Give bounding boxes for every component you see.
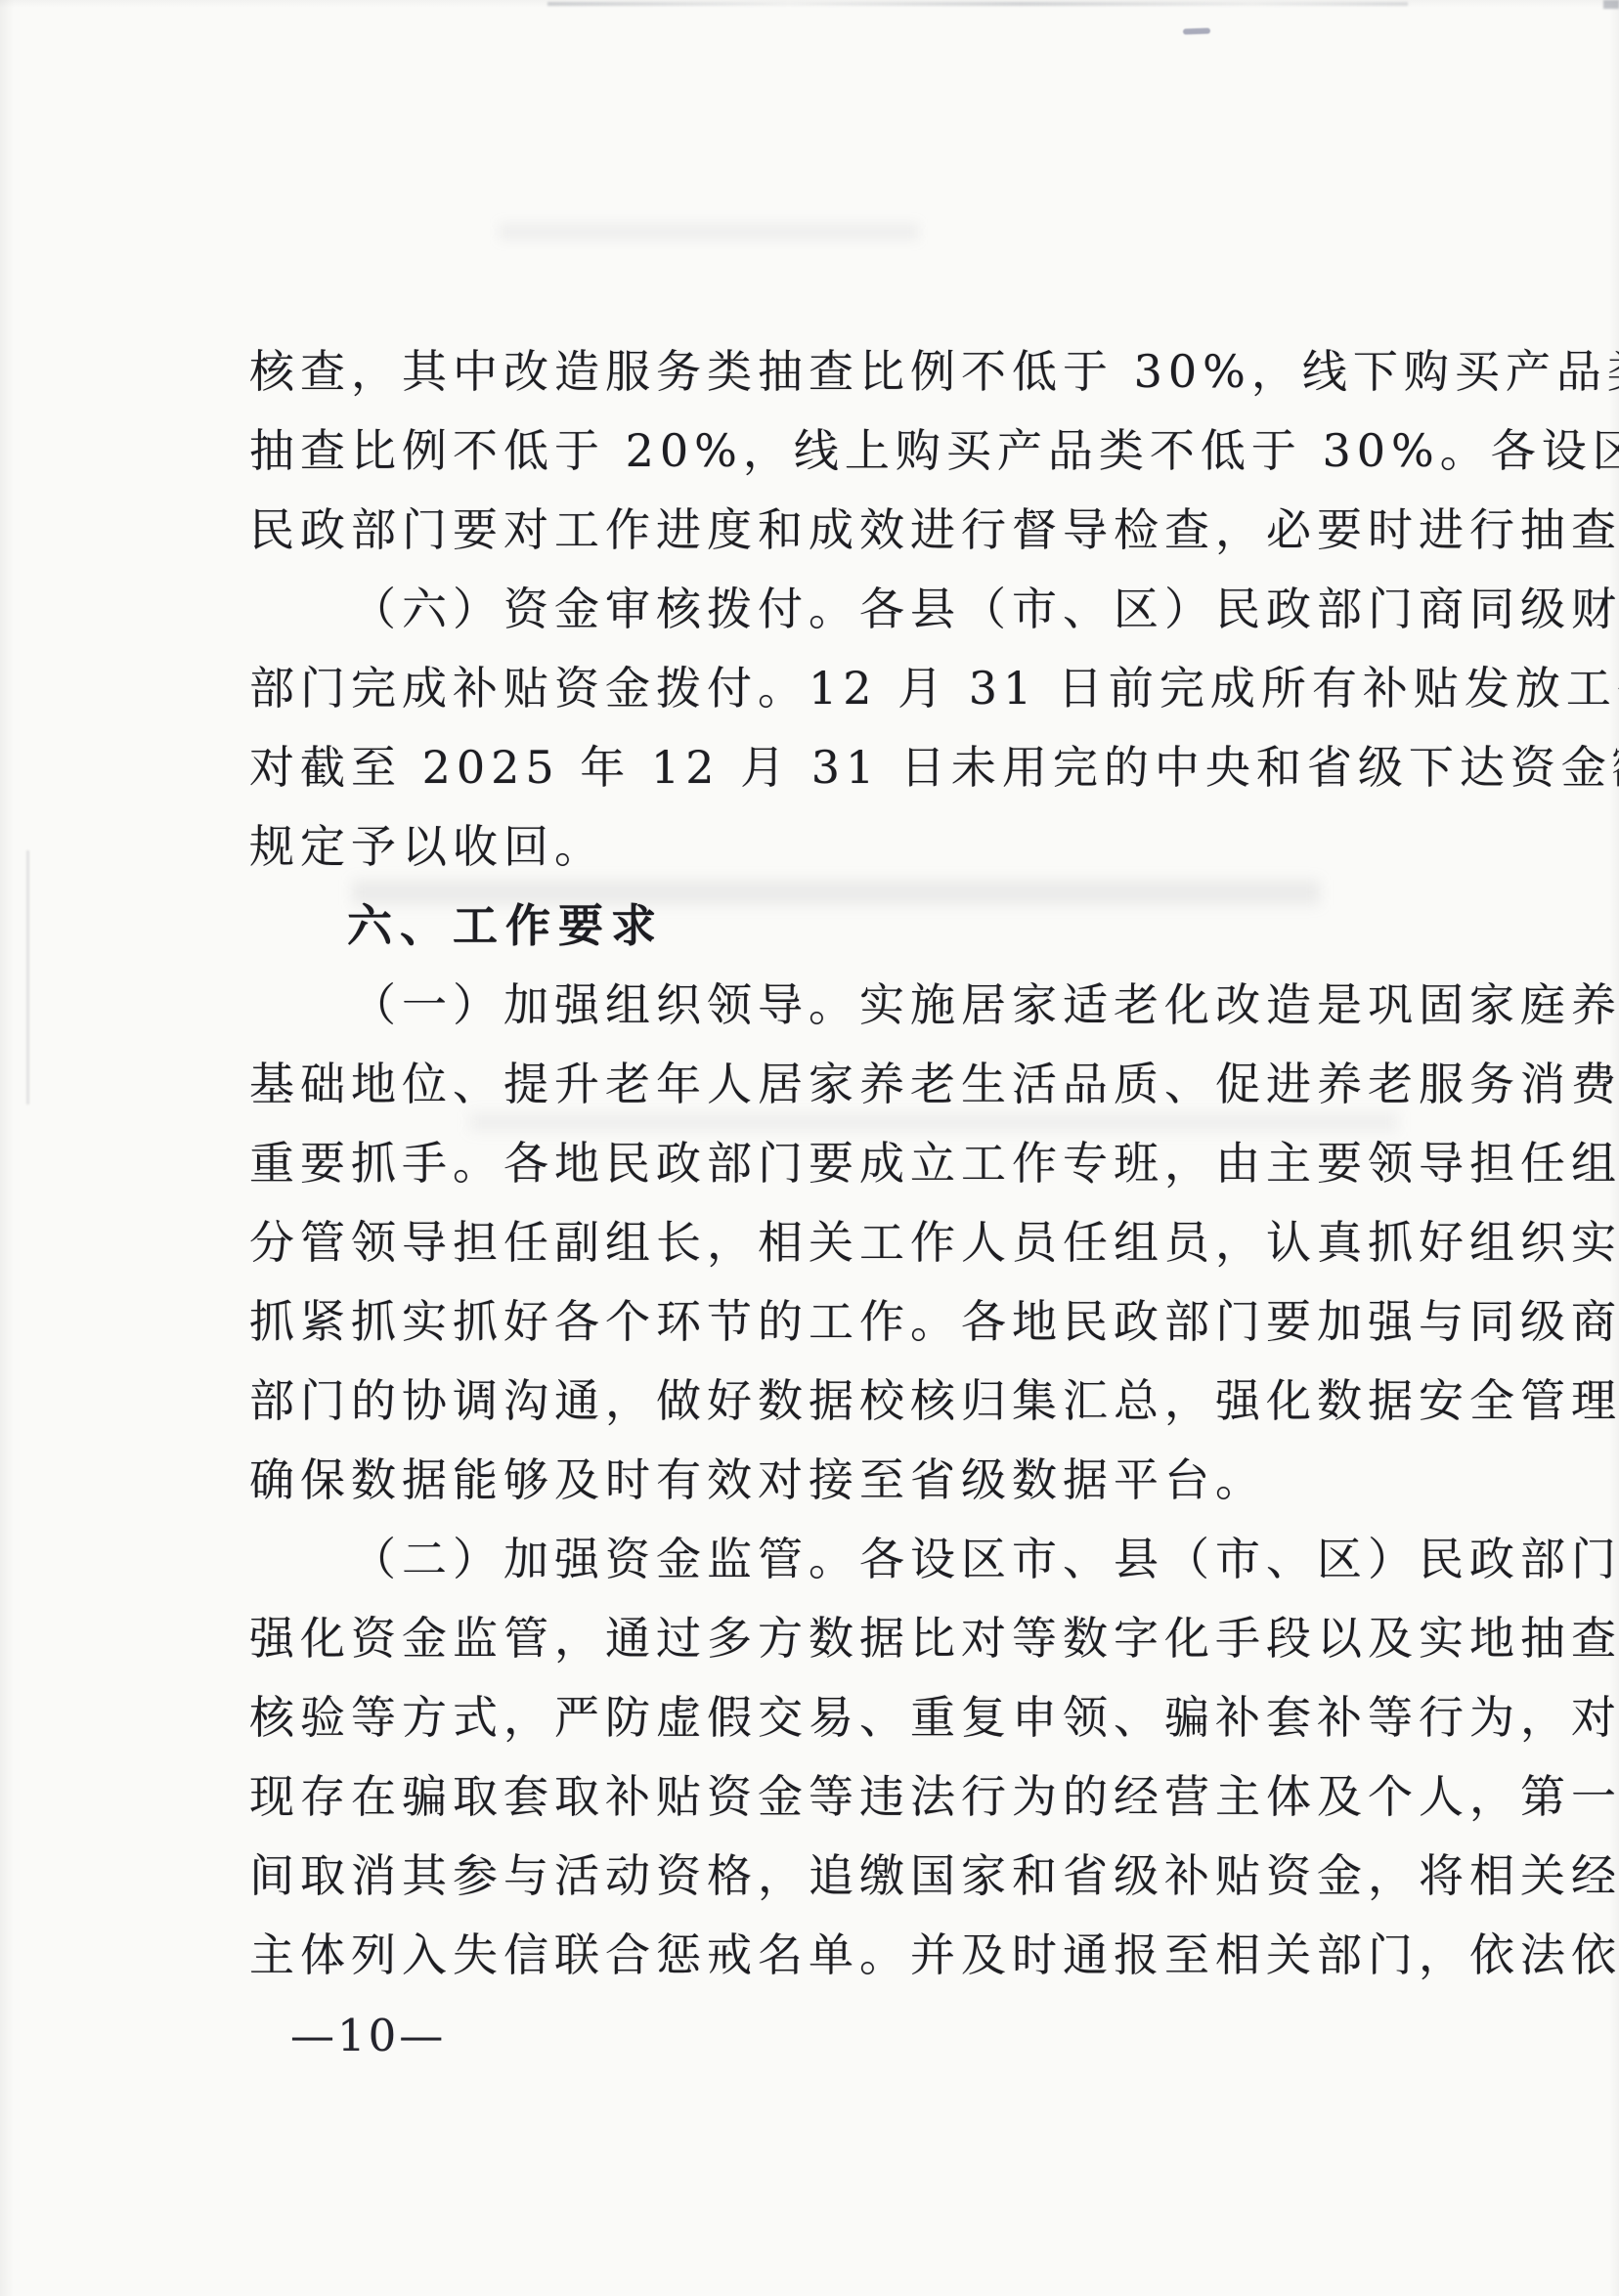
text-line: 分管领导担任副组长，相关工作人员任组员，认真抓好组织实施， <box>249 1203 1432 1282</box>
text-line: 现存在骗取套取补贴资金等违法行为的经营主体及个人，第一时 <box>249 1757 1432 1837</box>
text-line: （二）加强资金监管。各设区市、县（市、区）民政部门要 <box>249 1520 1432 1599</box>
text-line: （一）加强组织领导。实施居家适老化改造是巩固家庭养老 <box>249 966 1432 1045</box>
text-line: 民政部门要对工作进度和成效进行督导检查，必要时进行抽查。 <box>249 491 1432 570</box>
text-line: 核查，其中改造服务类抽查比例不低于 30%，线下购买产品类 <box>249 332 1432 412</box>
scan-artifact-smudge <box>499 223 919 240</box>
scan-artifact-corner-speck <box>1603 0 1619 9</box>
document-body: 核查，其中改造服务类抽查比例不低于 30%，线下购买产品类抽查比例不低于 20%… <box>249 332 1432 1995</box>
section-heading: 六、工作要求 <box>249 887 1432 966</box>
document-page: 核查，其中改造服务类抽查比例不低于 30%，线下购买产品类抽查比例不低于 20%… <box>0 0 1619 2296</box>
scan-artifact-speck <box>1183 28 1210 35</box>
text-line: 规定予以收回。 <box>249 807 1432 887</box>
scan-artifact-top-line <box>547 2 1408 6</box>
page-number: —10— <box>290 2006 446 2066</box>
text-line: 基础地位、提升老年人居家养老生活品质、促进养老服务消费的 <box>249 1045 1432 1124</box>
text-line: （六）资金审核拨付。各县（市、区）民政部门商同级财政 <box>249 570 1432 649</box>
text-line: 抽查比例不低于 20%，线上购买产品类不低于 30%。各设区市 <box>249 412 1432 491</box>
text-line: 核验等方式，严防虚假交易、重复申领、骗补套补等行为，对发 <box>249 1678 1432 1757</box>
text-line: 强化资金监管，通过多方数据比对等数字化手段以及实地抽查、 <box>249 1599 1432 1678</box>
text-line: 主体列入失信联合惩戒名单。并及时通报至相关部门，依法依规 <box>249 1916 1432 1995</box>
text-line: 确保数据能够及时有效对接至省级数据平台。 <box>249 1441 1432 1520</box>
text-line: 抓紧抓实抓好各个环节的工作。各地民政部门要加强与同级商务 <box>249 1282 1432 1362</box>
text-line: 部门完成补贴资金拨付。12 月 31 日前完成所有补贴发放工作， <box>249 649 1432 728</box>
text-line: 部门的协调沟通，做好数据校核归集汇总，强化数据安全管理， <box>249 1362 1432 1441</box>
text-line: 重要抓手。各地民政部门要成立工作专班，由主要领导担任组长， <box>249 1124 1432 1203</box>
text-line: 对截至 2025 年 12 月 31 日未用完的中央和省级下达资金额度按 <box>249 728 1432 807</box>
text-line: 间取消其参与活动资格，追缴国家和省级补贴资金，将相关经营 <box>249 1837 1432 1916</box>
scan-artifact-left-line <box>26 850 29 1105</box>
